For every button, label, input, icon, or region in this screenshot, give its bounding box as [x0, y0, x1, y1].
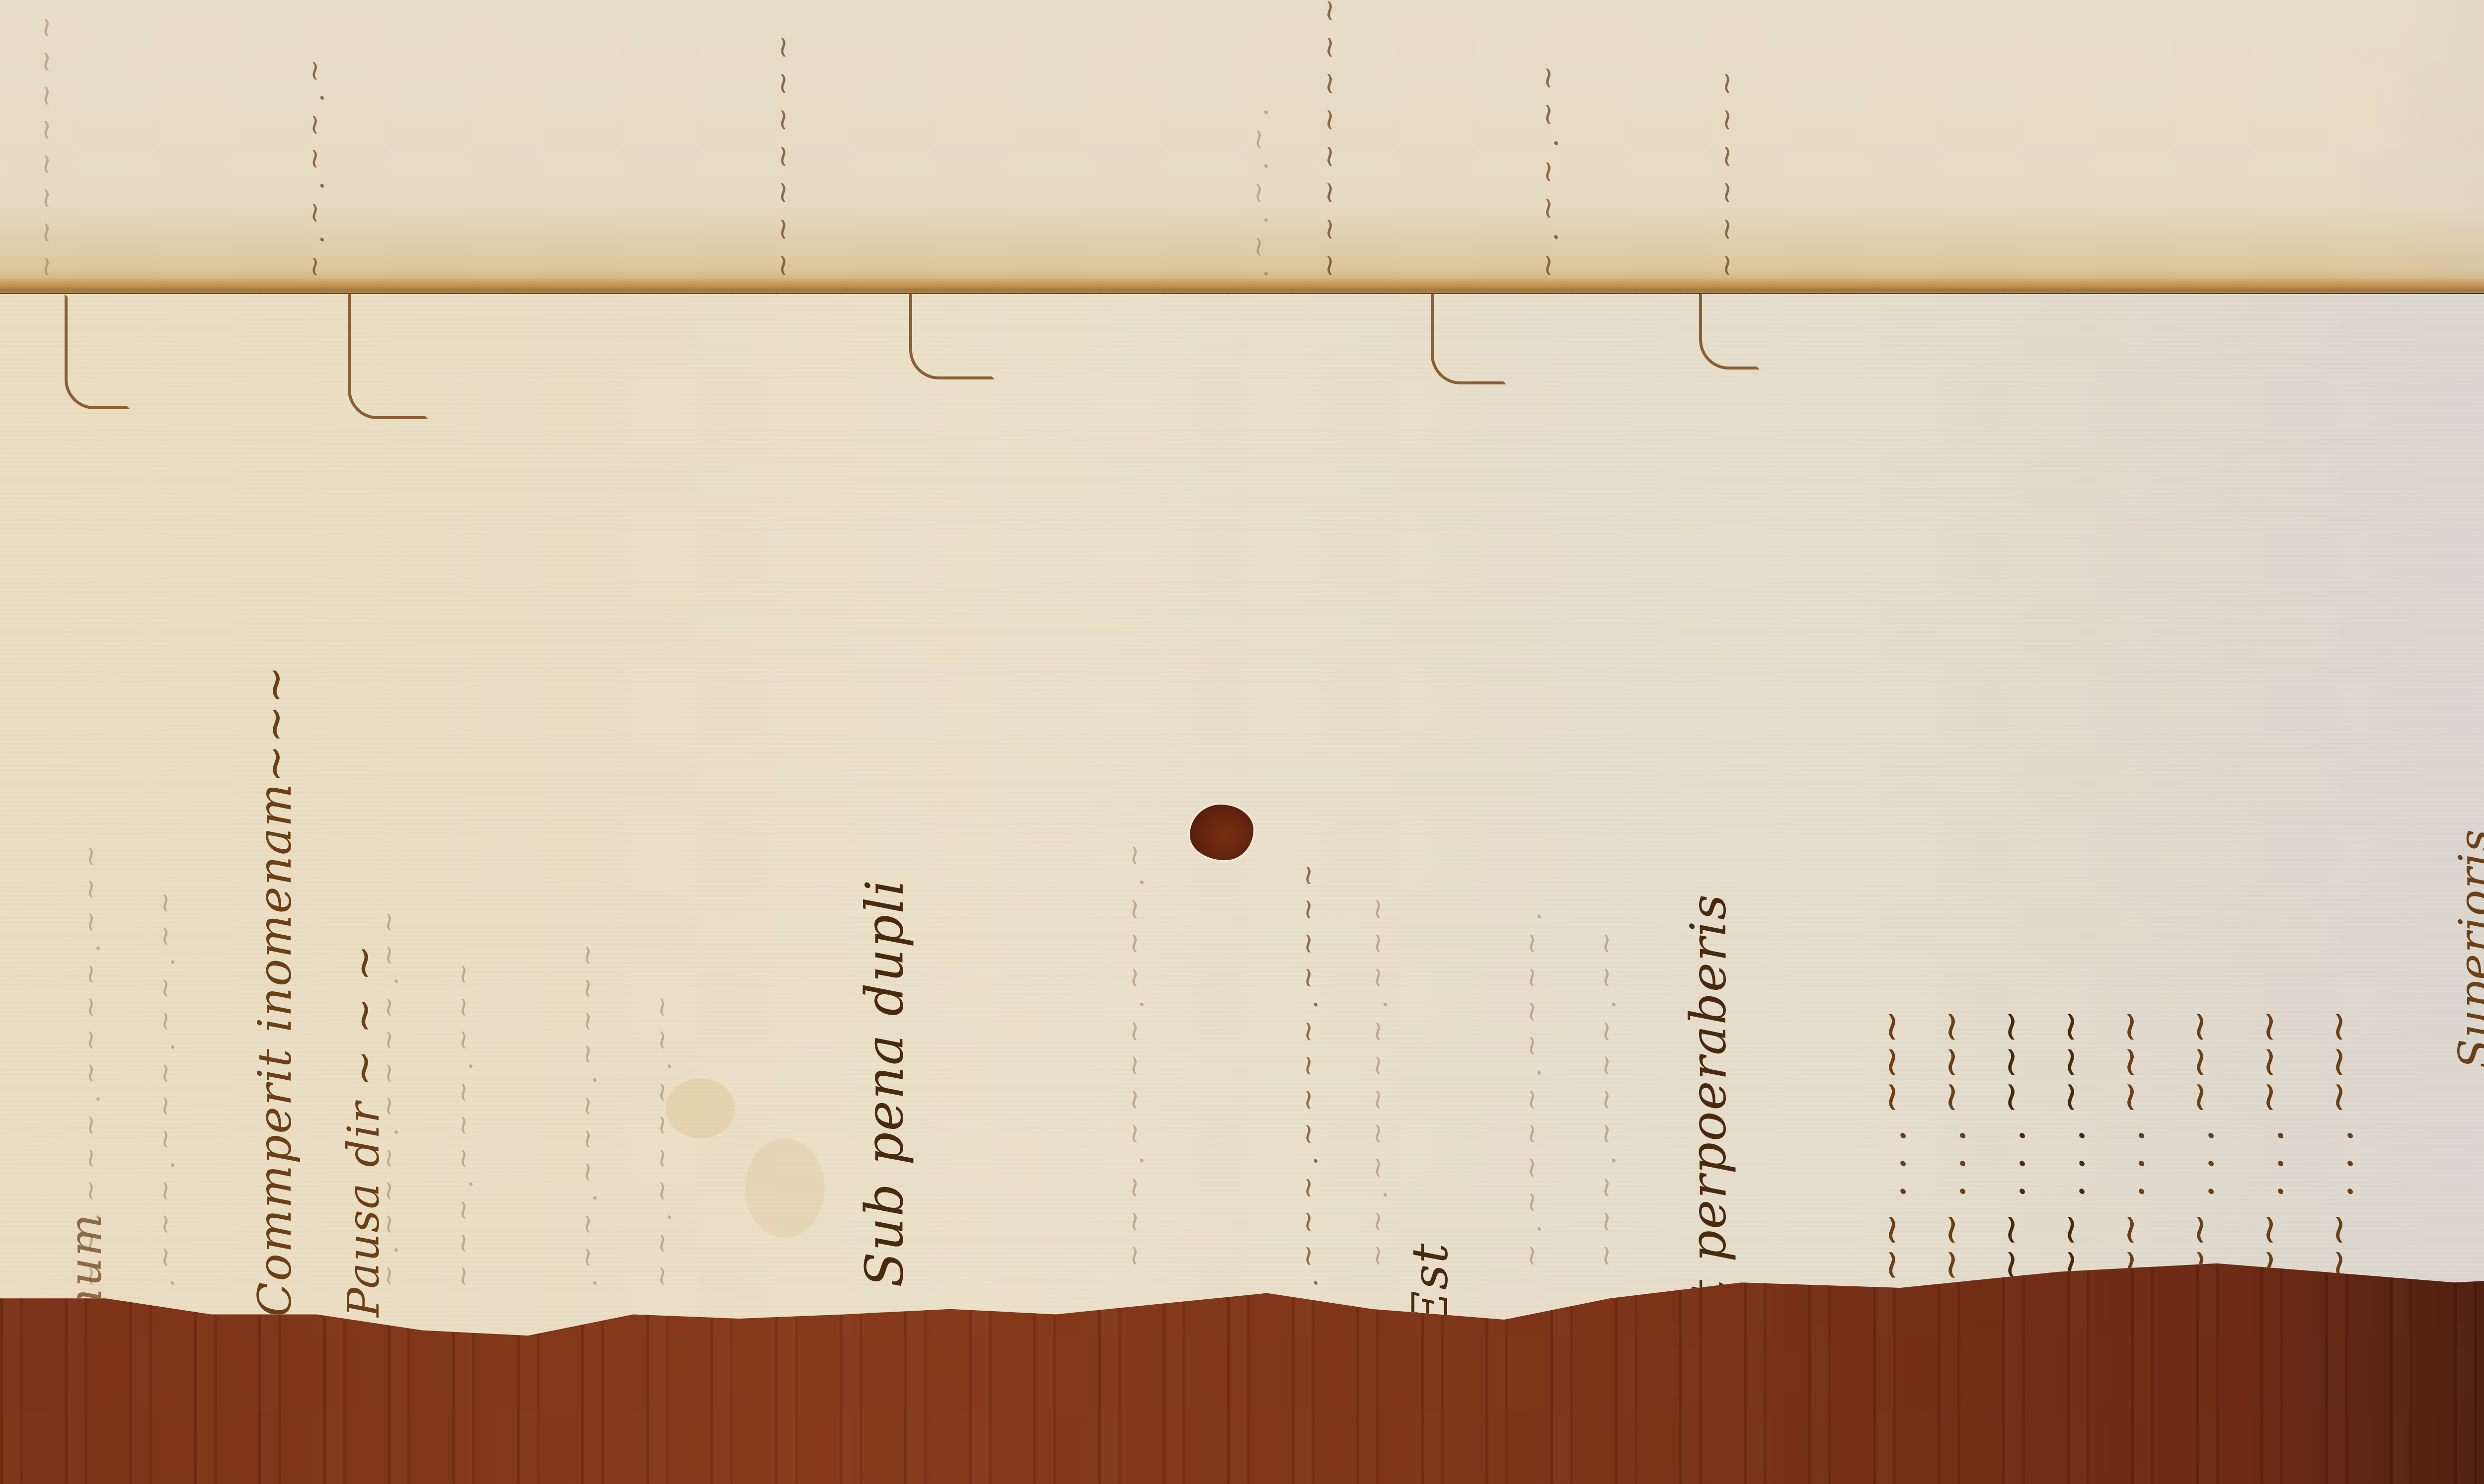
phrase-sub-pena-dupli: Sub pena dupli	[854, 879, 915, 1287]
main-text-line: ~~~ . . . ~~~	[1987, 1009, 2034, 1317]
upper-text-line: ~ ~ ~ ~ ~ ~	[1709, 70, 1744, 278]
ink-flourish	[65, 294, 130, 409]
faint-text-line: . ~ ~ . ~ ~ ~ . ~ ~ ~ ~	[571, 943, 603, 1287]
main-text-line: ~~~ . . . ~~~	[1868, 1009, 1915, 1317]
faint-text-line: ~ ~ ~ . ~ ~ ~ ~ . ~ ~	[1590, 931, 1622, 1267]
stain	[745, 1138, 825, 1238]
faint-text-line: ~ ~ . ~ ~ ~ ~ ~ . ~ ~ ~	[1361, 896, 1394, 1267]
word-line: Et perpoeraberis	[1679, 893, 1737, 1337]
faint-text-line: . ~ ~ ~ . ~ ~ ~ . ~ ~ . ~ ~	[149, 891, 180, 1287]
upper-text-line: ~ ~ ~ ~ ~ ~ ~ ~	[1312, 0, 1346, 278]
faint-text-line: ~ ~ ~ . ~ ~ ~ ~ . ~ ~ ~ . ~	[1118, 843, 1150, 1267]
main-text-line: ~~~ . . . ~~~	[1928, 1009, 1975, 1317]
upper-text-line: ~ . ~ . ~ ~ . ~	[298, 58, 330, 278]
ink-flourish	[348, 284, 428, 419]
manuscript-photo: ~ ~ ~ ~ ~ ~ ~ ~ ~ . ~ . ~ ~ . ~ ~ ~ ~ ~ …	[0, 0, 2484, 1484]
faint-text-line: ~ ~ . ~ ~ ~ ~ . ~ ~	[646, 995, 677, 1287]
faint-text-line: ~ . ~ ~ ~ ~ . ~ ~ ~ ~ .	[1515, 911, 1548, 1267]
upper-text-line: ~ . ~ ~ . ~ ~	[1530, 65, 1565, 278]
paper-hole	[1190, 805, 1253, 860]
upper-folded-page: ~ ~ ~ ~ ~ ~ ~ ~ ~ . ~ . ~ ~ . ~ ~ ~ ~ ~ …	[0, 0, 2484, 293]
main-text-heading: Superioris . . .	[2449, 739, 2484, 1069]
faint-text-line: . ~ ~ ~ . ~ ~ ~ ~ . ~ ~ ~ ~	[1292, 863, 1324, 1287]
faint-text-line: ~ ~ ~ . ~ ~ ~ . ~ ~ ~	[447, 962, 478, 1287]
main-text-line: ~~~ . . . ~~~	[2315, 1009, 2362, 1317]
word-line: Commperit inomenam~~~	[248, 665, 302, 1317]
upper-text-line: ~ ~ ~ ~ ~ ~ ~	[765, 34, 800, 278]
upper-text-line: ~ ~ ~ ~ ~ ~ ~ ~	[30, 15, 62, 278]
word-line: Pausa dir ~ ~ ~	[338, 944, 389, 1317]
upper-text-line: . ~ . ~ . ~ .	[1242, 107, 1274, 278]
